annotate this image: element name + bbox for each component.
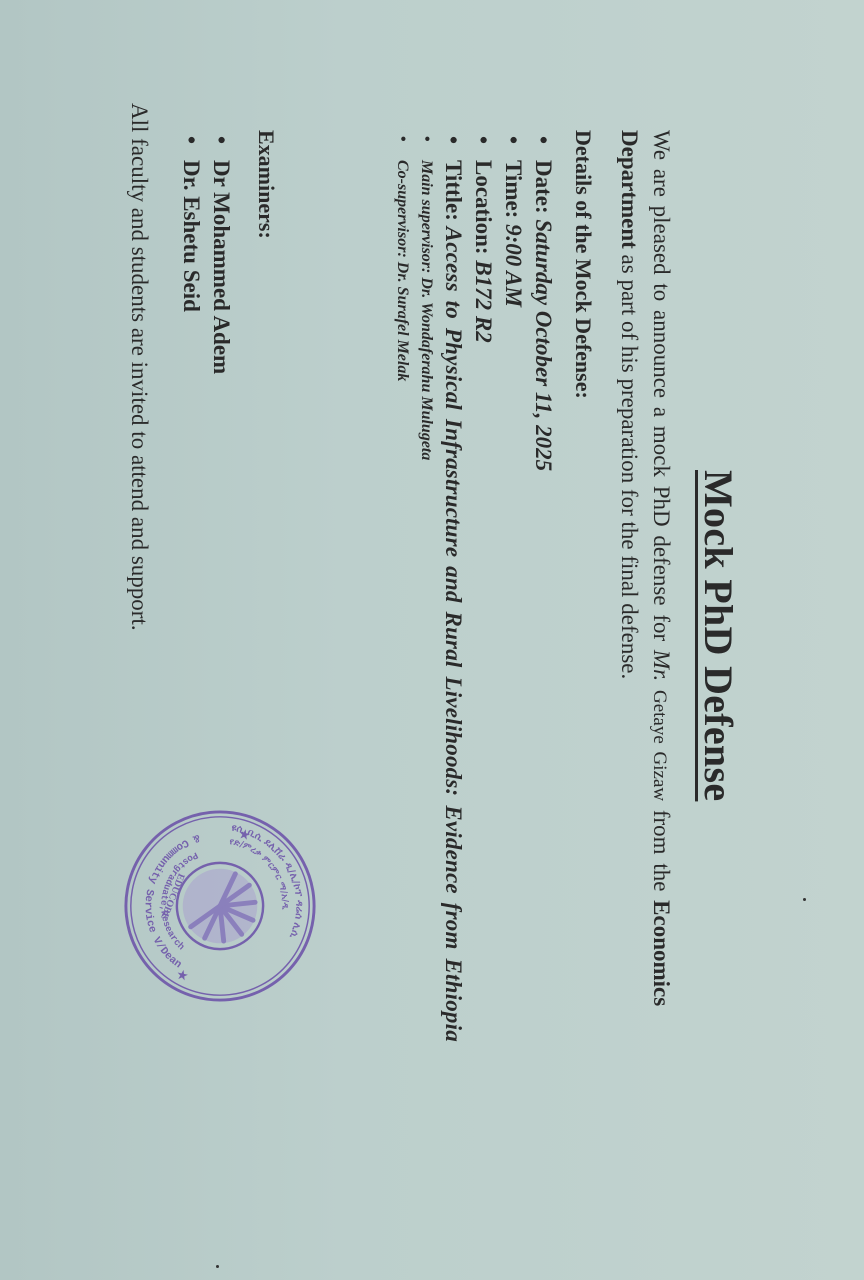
honorific: Mr.: [649, 650, 674, 681]
document-photo: Mock PhD Defense We are pleased to annou…: [0, 0, 864, 1280]
thesis-title-label: Tittle:: [441, 160, 466, 227]
detail-time: Time: 9:00 AM: [498, 130, 528, 1230]
intro-line-2: Department as part of his preparation fo…: [614, 130, 644, 1130]
detail-main-supervisor: Main supervisor: Dr. Wondaferahu Muluget…: [414, 130, 438, 1230]
location-label: Location:: [471, 160, 496, 260]
examiner-item: Dr. Eshetu Seid: [176, 130, 206, 374]
intro-line-1: We are pleased to announce a mock PhD de…: [644, 130, 676, 1130]
examiners-list: Dr Mohammed Adem Dr. Eshetu Seid: [176, 130, 236, 374]
closing-note: All faculty and students are invited to …: [126, 103, 152, 631]
announcement-page: Mock PhD Defense We are pleased to annou…: [0, 0, 864, 1280]
time-value: 9:00 AM: [501, 224, 526, 307]
department-word: Department: [617, 130, 642, 249]
detail-date: Date: Saturday October 11, 2025: [528, 130, 558, 1230]
svg-text:★: ★: [237, 828, 253, 842]
detail-co-supervisor: Co-supervisor: Dr. Surafel Melak: [390, 130, 414, 1230]
date-value: Saturday October 11, 2025: [531, 219, 556, 471]
candidate-name: Getaye Gizaw: [649, 690, 670, 801]
department-name: Economics: [649, 900, 674, 1006]
detail-thesis-title: Tittle: Access to Physical Infrastructur…: [438, 130, 468, 1220]
details-list: Date: Saturday October 11, 2025 Time: 9:…: [390, 130, 558, 1230]
official-seal-icon: ዩሲ ቢሲ ደሊቨራ ዲ/ሊ/ኮፕ ዳሬሰ ሊሲ የድ/ምረቃ ምርምር ማ/አ…: [112, 798, 327, 1013]
date-label: Date:: [531, 160, 556, 219]
location-value: B172 R2: [471, 260, 496, 342]
paper-speck: [216, 1265, 219, 1268]
paper-speck: [803, 898, 806, 901]
intro-paragraph: We are pleased to announce a mock PhD de…: [614, 130, 676, 1130]
intro-text-3: as part of his preparation for the final…: [617, 249, 642, 679]
thesis-title-value: Access to Physical Infrastructure and Ru…: [441, 227, 466, 1042]
examiners-heading: Examiners:: [253, 130, 279, 239]
intro-text-2: from the: [649, 801, 674, 900]
detail-location: Location: B172 R2: [468, 130, 498, 1230]
intro-text: We are pleased to announce a mock PhD de…: [649, 130, 674, 650]
svg-text:★: ★: [174, 968, 190, 982]
page-title: Mock PhD Defense: [695, 470, 742, 801]
details-heading: Details of the Mock Defense:: [570, 130, 596, 399]
time-label: Time:: [501, 160, 526, 224]
examiner-item: Dr Mohammed Adem: [206, 130, 236, 374]
